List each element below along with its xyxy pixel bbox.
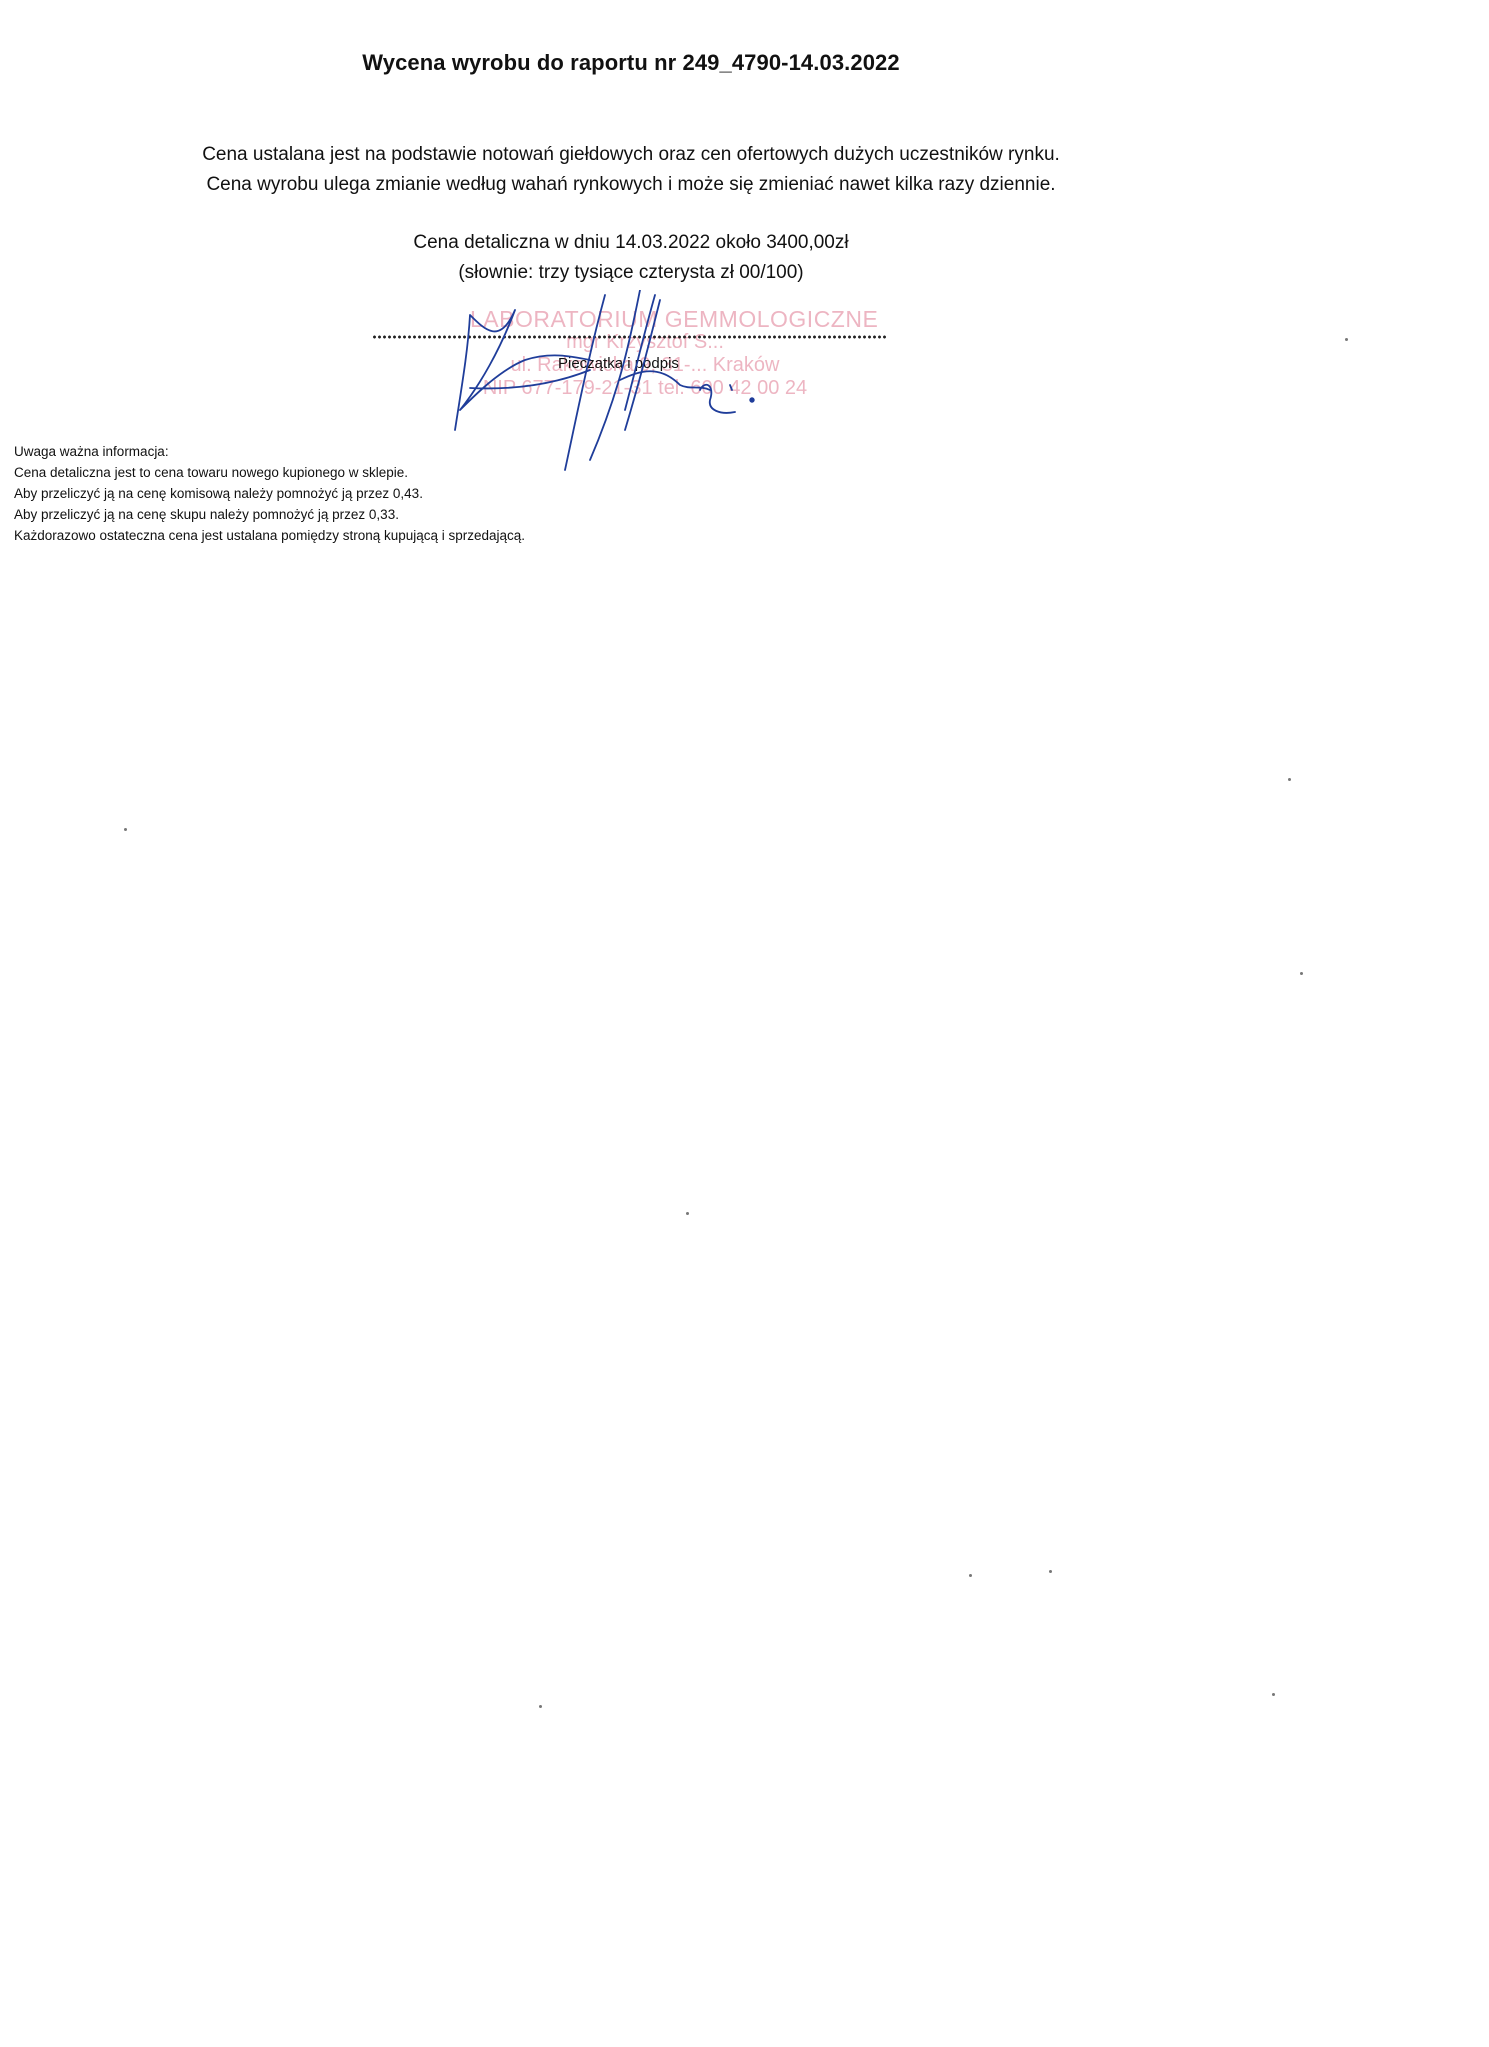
scan-speck bbox=[1288, 778, 1291, 781]
notice-line: Cena detaliczna jest to cena towaru nowe… bbox=[14, 462, 525, 483]
scan-speck bbox=[969, 1574, 972, 1577]
scan-speck bbox=[539, 1705, 542, 1708]
notice-line: Każdorazowo ostateczna cena jest ustalan… bbox=[14, 525, 525, 546]
scan-speck bbox=[1300, 972, 1303, 975]
signature-label: Pieczątka i podpis bbox=[558, 355, 679, 372]
intro-line: Cena wyrobu ulega zmianie według wahań r… bbox=[0, 170, 1262, 200]
price-in-words-line: (słownie: trzy tysiące czterysta zł 00/1… bbox=[0, 258, 1262, 288]
stamp-line: LABORATORIUM GEMMOLOGICZNE bbox=[470, 308, 820, 331]
scan-speck bbox=[686, 1212, 689, 1215]
scan-speck bbox=[1272, 1693, 1275, 1696]
intro-line: Cena ustalana jest na podstawie notowań … bbox=[0, 140, 1262, 170]
company-stamp: LABORATORIUM GEMMOLOGICZNE mgr Krzysztof… bbox=[470, 308, 820, 400]
stamp-line: NIP 677-179-21-31 tel. 600 42 00 24 bbox=[470, 377, 820, 400]
document-title: Wycena wyrobu do raportu nr 249_4790-14.… bbox=[0, 50, 1262, 76]
notice-line: Aby przeliczyć ją na cenę komisową należ… bbox=[14, 483, 525, 504]
scan-speck bbox=[1049, 1570, 1052, 1573]
intro-paragraph: Cena ustalana jest na podstawie notowań … bbox=[0, 140, 1262, 200]
notice-heading: Uwaga ważna informacja: bbox=[14, 441, 525, 462]
retail-price-block: Cena detaliczna w dniu 14.03.2022 około … bbox=[0, 228, 1262, 288]
notice-line: Aby przeliczyć ją na cenę skupu należy p… bbox=[14, 504, 525, 525]
scan-speck bbox=[1345, 338, 1348, 341]
important-notice: Uwaga ważna informacja: Cena detaliczna … bbox=[14, 441, 525, 546]
signature-dotted-line bbox=[372, 335, 887, 339]
retail-price-line: Cena detaliczna w dniu 14.03.2022 około … bbox=[0, 228, 1262, 258]
scan-speck bbox=[124, 828, 127, 831]
